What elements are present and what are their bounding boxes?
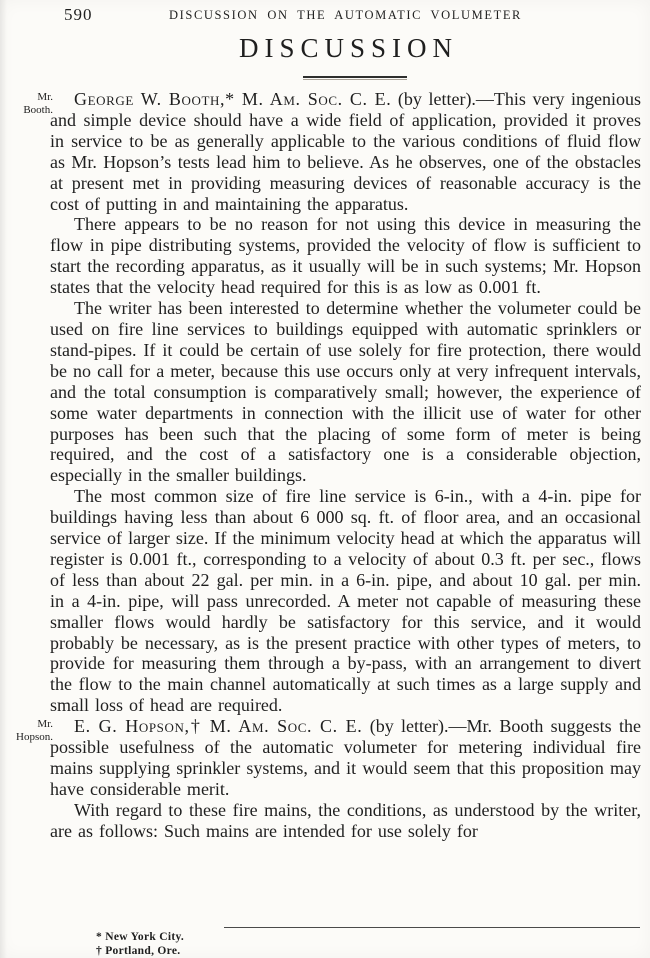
paragraph-text: The most common size of fire line servic… [50, 486, 641, 715]
footnotes: * New York City. † Portland, Ore. [96, 930, 184, 958]
text-body: Mr.Booth. George W. Booth,* M. Am. Soc. … [50, 89, 641, 842]
margin-note: Mr.Booth. [13, 91, 53, 117]
margin-note-line: Hopson. [13, 731, 53, 744]
margin-note-line: Booth. [13, 104, 53, 117]
scan-edge-shadow [0, 0, 7, 958]
footnote: † Portland, Ore. [96, 944, 184, 958]
running-head: DISCUSSION ON THE AUTOMATIC VOLUMETER [50, 8, 641, 23]
paragraph: Mr.Booth. George W. Booth,* M. Am. Soc. … [50, 89, 641, 214]
paragraph: The writer has been interested to determ… [50, 298, 641, 486]
speaker-name: George W. Booth,* M. Am. Soc. C. E. [74, 89, 391, 109]
footnote-rule [224, 927, 640, 928]
paragraph-text: The writer has been interested to determ… [50, 298, 641, 485]
paragraph: Mr.Hopson. E. G. Hopson,† M. Am. Soc. C.… [50, 716, 641, 800]
margin-note-line: Mr. [13, 91, 53, 104]
title-rule [303, 76, 407, 80]
paragraph: There appears to be no reason for not us… [50, 214, 641, 298]
section-title: DISCUSSION [50, 33, 641, 64]
margin-note-line: Mr. [13, 718, 53, 731]
footnote: * New York City. [96, 930, 184, 944]
speaker-name: E. G. Hopson,† M. Am. Soc. C. E. [74, 716, 362, 736]
book-page: 590 DISCUSSION ON THE AUTOMATIC VOLUMETE… [0, 0, 650, 958]
margin-note: Mr.Hopson. [13, 718, 53, 744]
paragraph-text: There appears to be no reason for not us… [50, 214, 641, 297]
paragraph: The most common size of fire line servic… [50, 486, 641, 716]
paragraph: With regard to these fire mains, the con… [50, 800, 641, 842]
paragraph-text: With regard to these fire mains, the con… [50, 800, 641, 841]
